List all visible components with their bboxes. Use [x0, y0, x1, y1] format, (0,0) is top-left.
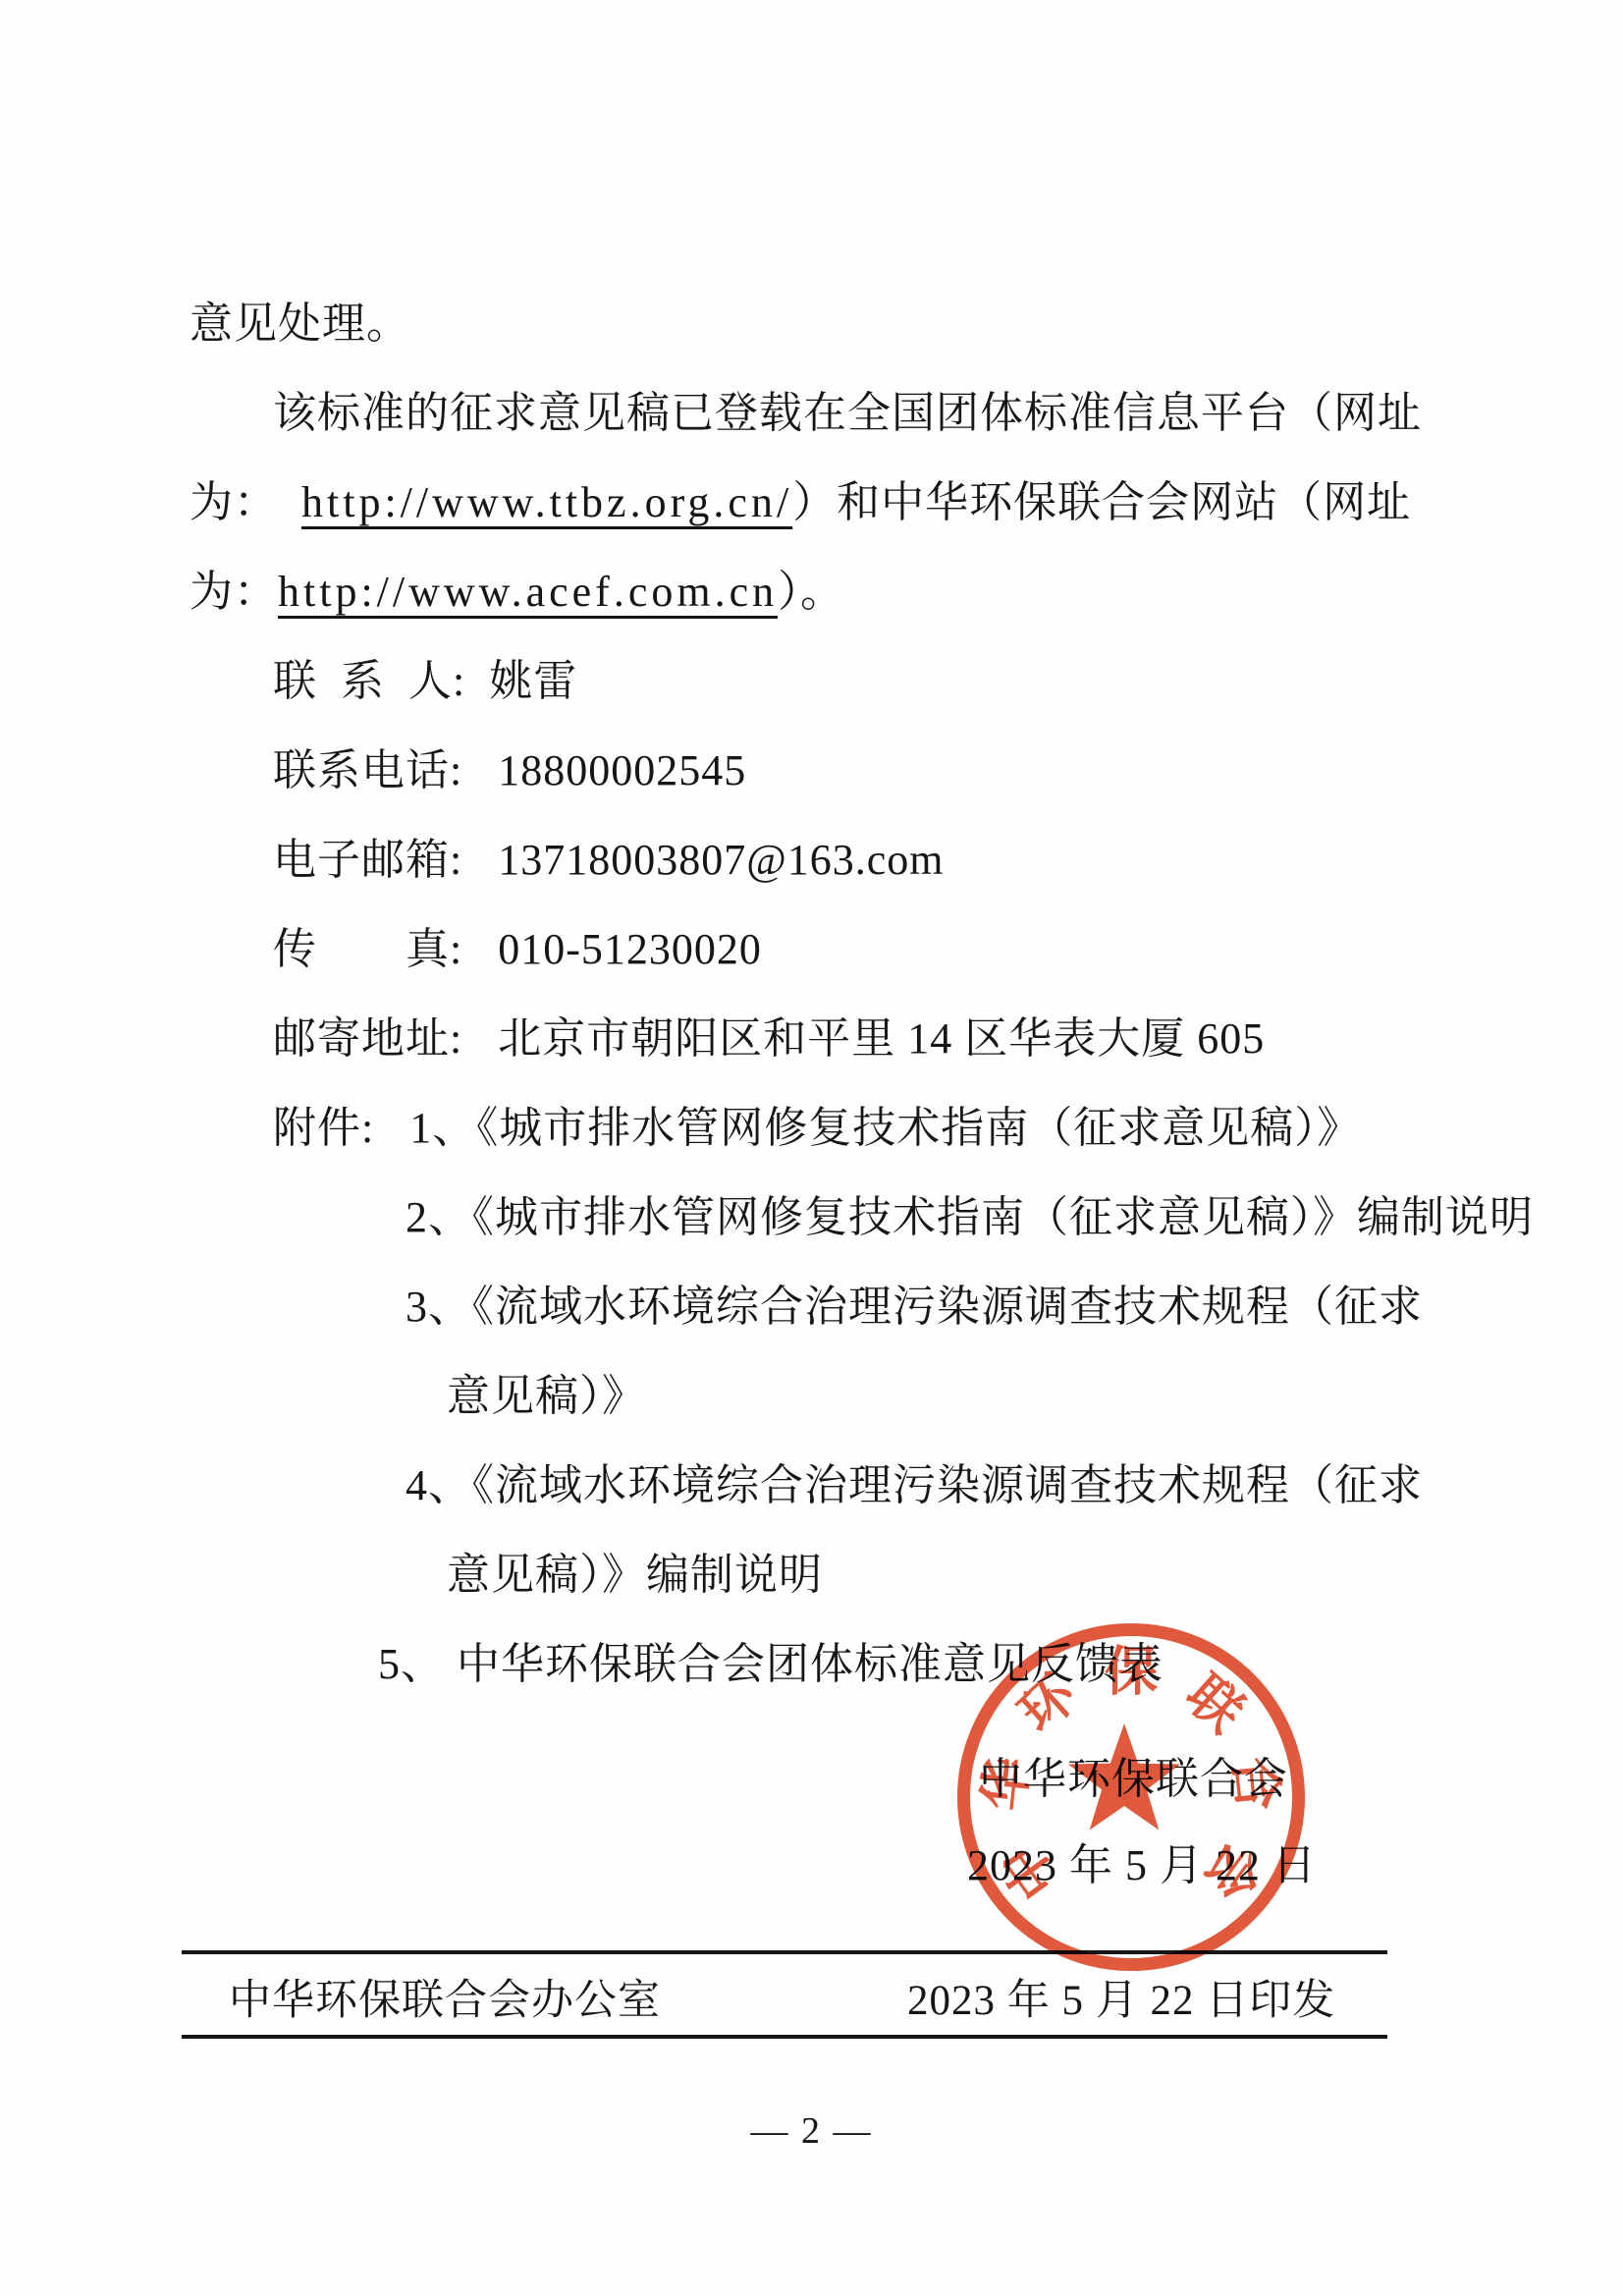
body-line: 为： http://www.ttbz.org.cn/）和中华环保联合会网站（网址: [189, 473, 1411, 532]
attachment-line: 附件: 1、《城市排水管网修复技术指南（征求意见稿）》: [273, 1099, 1361, 1158]
attachment-line: 意见稿）》: [447, 1367, 646, 1426]
url-prefix: 为：: [189, 568, 278, 616]
attachment-line: 4、《流域水环境综合治理污染源调查技术规程（征求: [406, 1456, 1423, 1515]
seal-star-icon: [1063, 1722, 1185, 1843]
url-suffix: ）和中华环保联合会网站（网址: [792, 478, 1411, 526]
body-line: 为：http://www.acef.com.cn）。: [189, 563, 844, 622]
contact-line: 联 系 人: 姚雷: [273, 652, 577, 711]
contact-line: 传 真: 010-51230020: [273, 920, 762, 979]
url-prefix: 为：: [189, 478, 301, 526]
attachment-line: 2、《城市排水管网修复技术指南（征求意见稿）》编制说明: [406, 1188, 1534, 1247]
url-text: http://www.acef.com.cn: [278, 568, 778, 616]
body-line: 该标准的征求意见稿已登载在全国团体标准信息平台（网址: [273, 384, 1422, 443]
footer-print-date: 2023 年 5 月 22 日印发: [907, 1972, 1335, 2031]
footer-rule: [182, 2035, 1387, 2039]
contact-line: 联系电话: 18800002545: [273, 741, 746, 800]
attachment-line: 3、《流域水环境综合治理污染源调查技术规程（征求: [406, 1278, 1423, 1337]
document-page: 意见处理。 该标准的征求意见稿已登载在全国团体标准信息平台（网址 为： http…: [0, 0, 1623, 2296]
footer-office: 中华环保联合会办公室: [229, 1972, 661, 2031]
contact-line: 邮寄地址: 北京市朝阳区和平里 14 区华表大厦 605: [273, 1010, 1265, 1068]
official-seal: 中 华 环 保 联 合 会: [957, 1623, 1305, 1971]
body-line: 意见处理。: [189, 295, 410, 354]
url-suffix: ）。: [778, 568, 844, 616]
seal-arc-char: 保: [1105, 1630, 1158, 1706]
page-number: — 2 —: [0, 2109, 1623, 2153]
seal-arc-char: 合: [1219, 1753, 1300, 1814]
contact-line: 电子邮箱: 13718003807@163.com: [273, 831, 945, 890]
url-text: http://www.ttbz.org.cn/: [301, 478, 792, 526]
seal-arc-char: 华: [962, 1753, 1043, 1814]
attachment-line: 意见稿）》编制说明: [447, 1546, 823, 1605]
